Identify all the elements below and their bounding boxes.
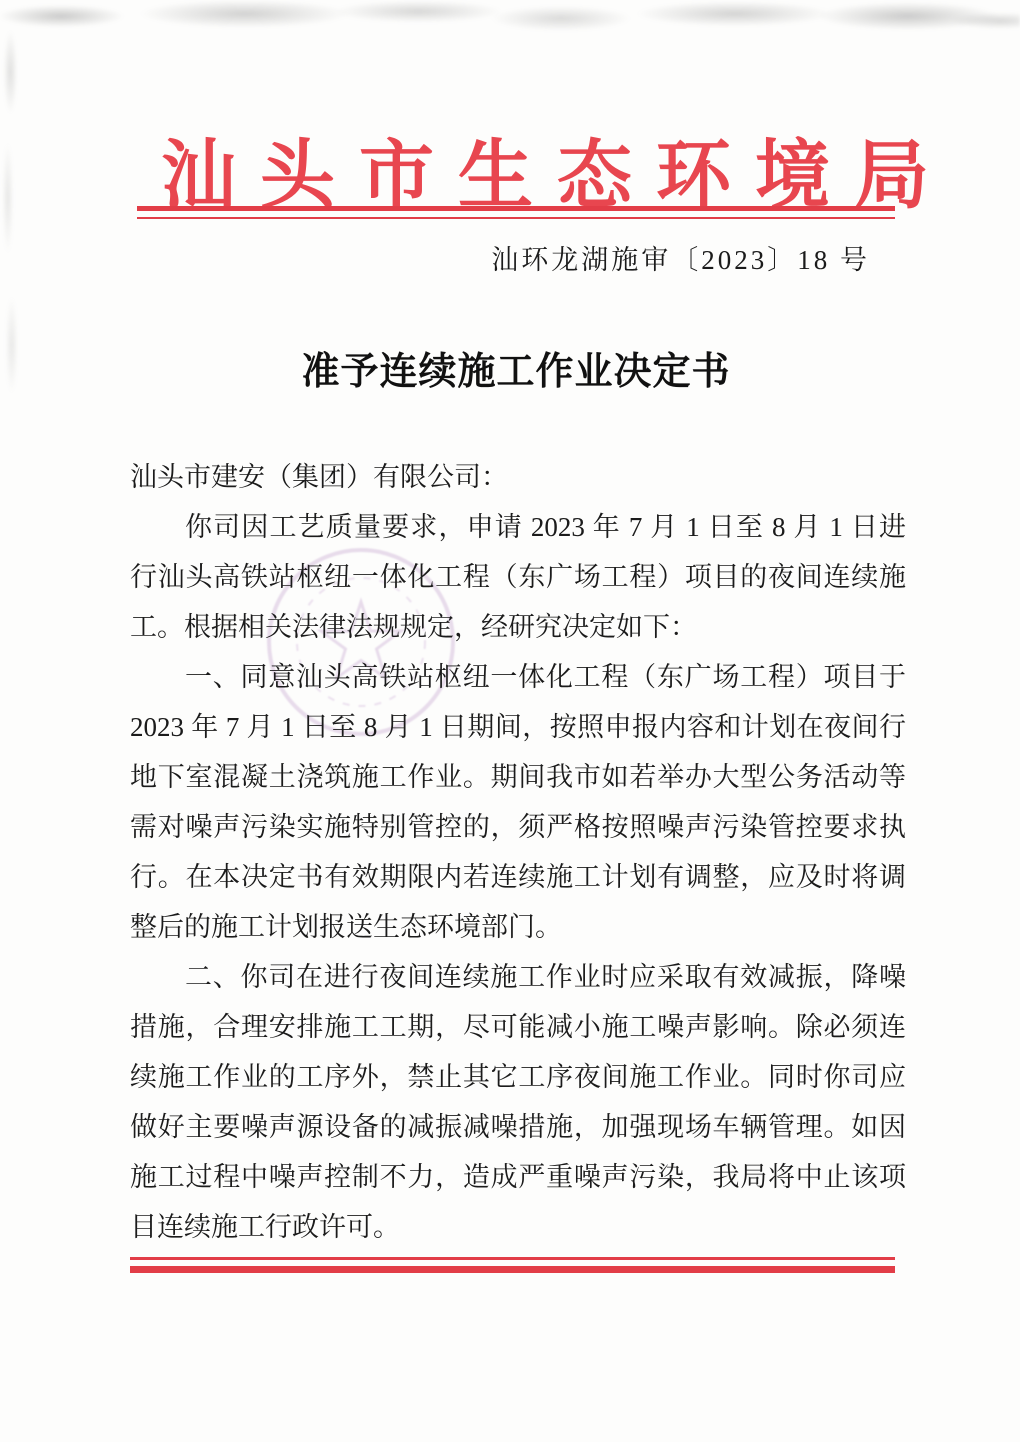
recipient-line: 汕头市建安（集团）有限公司：	[130, 452, 906, 502]
body-line: 地下室混凝土浇筑施工作业。期间我市如若举办大型公务活动等	[130, 752, 906, 802]
body-line: 措施，合理安排施工工期，尽可能减小施工噪声影响。除必须连	[130, 1002, 906, 1052]
document-body: 汕头市建安（集团）有限公司： 你司因工艺质量要求，申请 2023 年 7 月 1…	[130, 452, 906, 1252]
scan-noise-top	[0, 0, 1020, 46]
body-line: 一、同意汕头高铁站枢纽一体化工程（东广场工程）项目于	[130, 652, 906, 702]
body-line: 整后的施工计划报送生态环境部门。	[130, 902, 906, 952]
body-line: 二、你司在进行夜间连续施工作业时应采取有效减振，降噪	[130, 952, 906, 1002]
header-rule-thin	[137, 217, 895, 219]
body-line: 做好主要噪声源设备的减振减噪措施，加强现场车辆管理。如因	[130, 1102, 906, 1152]
document-page: 汕头市生态环境局 汕环龙湖施审〔2023〕18 号 准予连续施工作业决定书 汕头…	[0, 0, 1020, 1442]
header-rule-thick	[137, 206, 895, 211]
body-line: 需对噪声污染实施特别管控的，须严格按照噪声污染管控要求执	[130, 802, 906, 852]
footer-rule-thick	[130, 1266, 895, 1273]
document-number: 汕环龙湖施审〔2023〕18 号	[491, 238, 870, 277]
document-title: 准予连续施工作业决定书	[137, 340, 895, 395]
body-line: 行。在本决定书有效期限内若连续施工计划有调整，应及时将调	[130, 852, 906, 902]
body-line: 施工过程中噪声控制不力，造成严重噪声污染，我局将中止该项	[130, 1152, 906, 1202]
body-line: 你司因工艺质量要求，申请 2023 年 7 月 1 日至 8 月 1 日进	[130, 502, 906, 552]
scan-noise-left	[0, 30, 26, 450]
body-line: 行汕头高铁站枢纽一体化工程（东广场工程）项目的夜间连续施	[130, 552, 906, 602]
body-line: 工。根据相关法律法规规定，经研究决定如下：	[130, 602, 906, 652]
body-line: 目连续施工行政许可。	[130, 1202, 906, 1252]
body-line: 续施工作业的工序外，禁止其它工序夜间施工作业。同时你司应	[130, 1052, 906, 1102]
body-line: 2023 年 7 月 1 日至 8 月 1 日期间，按照申报内容和计划在夜间行	[130, 702, 906, 752]
footer-rule-thin	[130, 1257, 895, 1260]
